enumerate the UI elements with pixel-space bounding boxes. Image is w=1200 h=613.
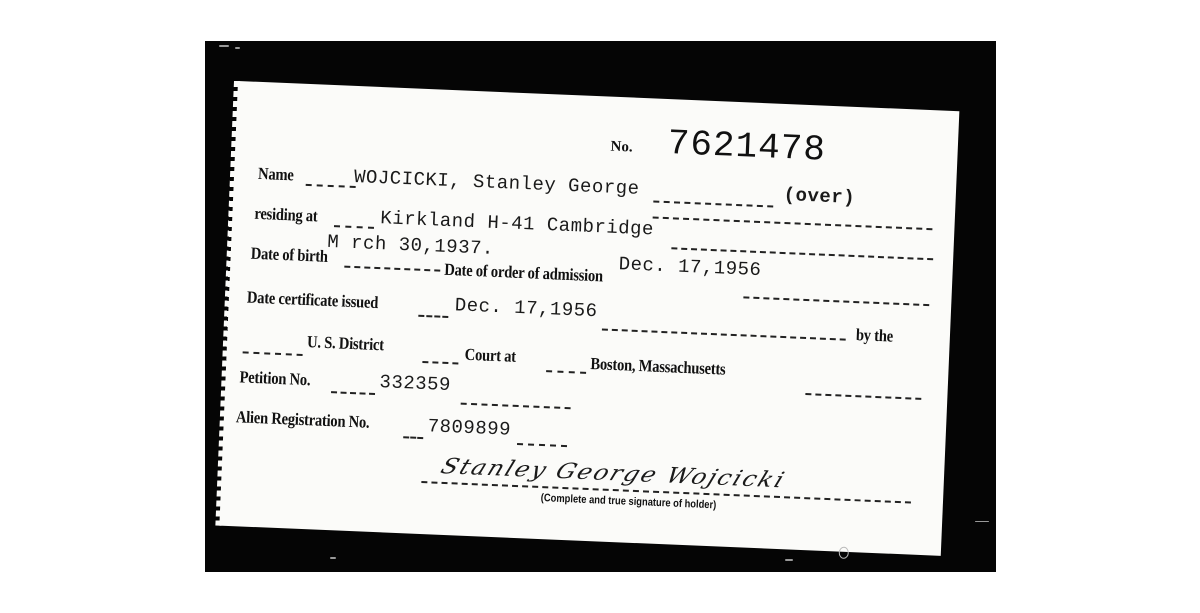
admission-dotted-line	[743, 296, 929, 306]
name-dotted-line	[653, 200, 773, 207]
petition-dotted-line-end	[461, 403, 571, 410]
court-at-label: Court at	[464, 345, 516, 367]
certificate-issued-row: Date certificate issued	[247, 288, 400, 314]
certificate-issued-dotted-line-end	[602, 328, 846, 340]
scan-speck	[235, 47, 240, 49]
court-at-row: Court at	[464, 345, 524, 367]
court-dotted-line-mid	[422, 361, 458, 365]
scan-speck	[785, 559, 793, 561]
admission-date-label: Date of order of admission	[444, 260, 603, 287]
date-of-birth-label: Date of birth	[250, 244, 328, 267]
court-dotted-line	[243, 351, 303, 356]
court-location-dotted-line	[546, 370, 586, 374]
scan-frame: No. 7621478 Name WOJCICKI, Stanley Georg…	[205, 41, 996, 572]
certificate-issued-value: Dec. 17,1956	[454, 294, 598, 322]
court-location-row: Boston, Massachusetts	[590, 354, 748, 381]
petition-dotted-line	[331, 391, 375, 395]
residence-dotted-line	[334, 225, 374, 229]
name-dotted-line	[306, 184, 356, 188]
alien-registration-row: Alien Registration No.	[236, 407, 392, 433]
petition-value: 332359	[379, 371, 451, 396]
alien-registration-dotted-line	[403, 436, 423, 439]
petition-row: Petition No.	[239, 367, 322, 390]
page: No. 7621478 Name WOJCICKI, Stanley Georg…	[0, 0, 1200, 613]
court-name-row: U. S. District	[307, 332, 397, 356]
court-dotted-line-end	[805, 393, 921, 400]
alien-registration-value: 7809899	[427, 415, 511, 440]
alien-registration-label: Alien Registration No.	[236, 407, 370, 433]
alien-registration-dotted-line-end	[517, 443, 567, 447]
date-of-birth-value: M rch 30,1937.	[327, 231, 494, 260]
punch-mark	[839, 547, 849, 559]
residence-row: residing at	[254, 204, 328, 227]
holder-signature: Stanley George Wojcicki	[437, 453, 789, 492]
certificate-number-label: No.	[610, 139, 633, 157]
by-the-label: by the	[855, 325, 893, 347]
admission-date-row: Date of order of admission	[444, 260, 629, 288]
name-over-note: (over)	[783, 184, 855, 209]
naturalization-card: No. 7621478 Name WOJCICKI, Stanley Georg…	[219, 81, 959, 556]
certificate-issued-dotted-line	[418, 315, 448, 318]
admission-date-value: Dec. 17,1956	[618, 253, 762, 281]
name-dotted-line-end	[653, 216, 933, 230]
date-of-birth-row: Date of birth	[250, 244, 340, 268]
by-the-row: by the	[855, 325, 899, 347]
scan-speck	[330, 557, 336, 559]
name-row: Name	[258, 164, 300, 186]
petition-label: Petition No.	[239, 367, 311, 390]
scan-speck	[219, 45, 229, 47]
residence-label: residing at	[254, 204, 318, 227]
name-label: Name	[258, 164, 294, 185]
scan-speck	[975, 521, 989, 522]
name-value: WOJCICKI, Stanley George	[354, 166, 640, 200]
signature-caption: (Complete and true signature of holder)	[541, 492, 717, 511]
certificate-number: 7621478	[667, 123, 827, 171]
date-of-birth-dotted-line	[344, 266, 440, 272]
court-name-value: U. S. District	[307, 332, 385, 355]
court-location-value: Boston, Massachusetts	[590, 354, 726, 380]
certificate-issued-label: Date certificate issued	[247, 288, 379, 313]
